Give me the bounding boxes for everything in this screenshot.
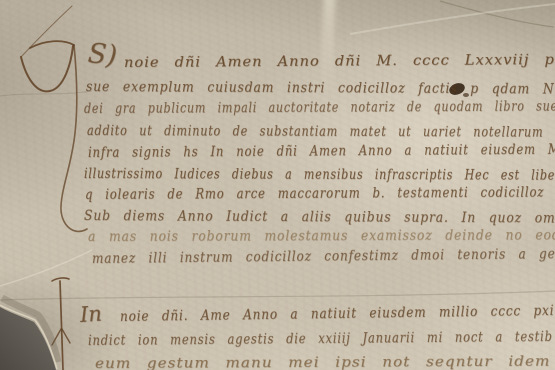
text-line-1: noie dñi Amen Anno dñi M. cccc Lxxxviij … bbox=[124, 52, 555, 71]
text-line-10: manez illi instrum codicilloz confestimz… bbox=[92, 246, 555, 267]
parchment-corner-fold bbox=[0, 298, 58, 370]
paragraph2-initial: In bbox=[79, 302, 102, 327]
text-line-11: noie dñi. Ame Anno a natiuit eiusdem mil… bbox=[120, 303, 555, 325]
text-line-6: illustrissimo Iudices diebus a mensibus … bbox=[84, 166, 555, 184]
text-line-7: q iolearis de Rmo arce maccarorum b. tes… bbox=[85, 184, 555, 203]
text-line-8: Sub diems Anno Iudict a aliis quibus sup… bbox=[84, 208, 555, 227]
parchment: S) noie dñi Amen Anno dñi M. cccc Lxxxvi… bbox=[0, 0, 555, 370]
text-line-4: addito ut diminuto de substantiam matet … bbox=[87, 123, 555, 141]
text-line-2: sue exemplum cuiusdam instri codicilloz … bbox=[86, 79, 555, 98]
text-line-12: indict ion mensis agestis die xxiiij Jan… bbox=[88, 329, 553, 349]
notary-staff-mark bbox=[52, 278, 70, 370]
text-line-9: a mas nois roborum molestamus examissoz … bbox=[88, 227, 555, 245]
manuscript-photo: S) noie dñi Amen Anno dñi M. cccc Lxxxvi… bbox=[0, 0, 555, 370]
text-line-3: dei gra publicum impali auctoritate nota… bbox=[84, 98, 555, 117]
text-line-13: eum gestum manu mei ipsi not seqntur ide… bbox=[95, 354, 551, 370]
text-line-5: infra signis hs In noie dñi Amen Anno a … bbox=[88, 142, 555, 161]
pen-flourish bbox=[21, 6, 87, 231]
paragraph1-initial: S) bbox=[87, 38, 119, 71]
